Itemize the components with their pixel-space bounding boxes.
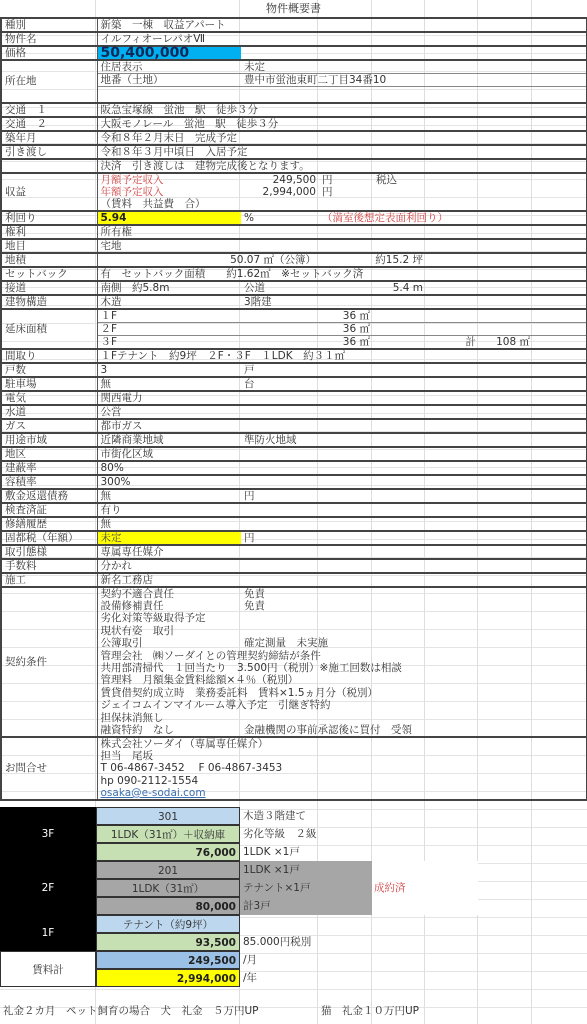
- label-parking: 駐車場: [1, 377, 97, 391]
- parking-unit: 台: [241, 377, 587, 391]
- value-district: 市街化区域: [97, 447, 587, 461]
- floor-1-area: 36 ㎡: [241, 309, 373, 323]
- value-land-area: 50.07 ㎡（公簿）: [97, 253, 319, 267]
- value-rights: 所有権: [97, 225, 587, 239]
- row-price: 価格 50,400,000: [1, 46, 587, 60]
- floor-2-label: ２F: [97, 322, 241, 335]
- contract-line-3: 劣化対策等級取得予定: [97, 612, 587, 624]
- label-contact: お問合せ: [1, 737, 97, 800]
- value-repair: 無: [97, 517, 587, 531]
- value-transport2: 大阪モノレール 蛍池 駅 徒歩３分: [97, 117, 587, 131]
- floor-1-note: 85.000円税別: [243, 933, 311, 951]
- floor-3-note-3: 1LDK ×1戸: [243, 843, 300, 861]
- floor-3-room: 301: [96, 807, 240, 825]
- value-bcr: 80%: [97, 461, 587, 475]
- label-far: 容積率: [1, 475, 97, 489]
- contract-line-4: 現状有姿 取引: [97, 625, 587, 637]
- income-note: （賃料 共益費 合）: [97, 198, 587, 211]
- annual-income-label: 年額予定収入: [97, 186, 241, 198]
- contact-company: 株式会社ソーダイ（専属専任媒介）: [97, 737, 587, 750]
- monthly-income-value: 249,500: [241, 173, 319, 186]
- value-tax: 未定: [97, 531, 241, 545]
- label-structure: 建物構造: [1, 295, 97, 309]
- value-far: 300%: [97, 475, 587, 489]
- label-price: 価格: [1, 46, 97, 60]
- label-handover: 引き渡し: [1, 145, 97, 159]
- label-income: 収益: [1, 173, 97, 211]
- contract-line-9: 賃貸借契約成立時 業務委託料 賃料×1.5ヵ月分（税別）: [97, 687, 587, 699]
- floor-area-total-value: 108 ㎡: [479, 335, 533, 349]
- value-price: 50,400,000: [97, 46, 241, 60]
- label-gas: ガス: [1, 419, 97, 433]
- label-transaction: 取引態様: [1, 545, 97, 559]
- floor-3-type: 1LDK（31㎡）＋収納庫: [96, 825, 240, 843]
- floor-2-status: 成約済: [374, 879, 406, 897]
- floor-area-total-label: 計: [373, 335, 479, 349]
- label-setback: セットバック: [1, 267, 97, 281]
- floor-2-room: 201: [96, 861, 240, 879]
- contract-line-2: 設備修補責任: [97, 600, 241, 612]
- floor-3-note-2: 劣化等級 ２級: [243, 825, 317, 843]
- deposit-unit: 円: [241, 489, 587, 503]
- contract-line-5: 公簿取引: [97, 637, 241, 649]
- contract-line-12: 融資特約 なし: [97, 724, 241, 737]
- label-builder: 施工: [1, 573, 97, 587]
- annual-income-unit: 円: [319, 186, 373, 198]
- value-builder: 新名工務店: [97, 573, 587, 587]
- row-location: 所在地 住居表示 未定: [1, 60, 587, 74]
- value-setback: 有 セットバック面積 約1.62㎡ ※セットバック済: [97, 267, 587, 281]
- row-name: 物件名 イルフィオーレパオⅦ: [1, 32, 587, 46]
- floor-2-label: 2F: [0, 861, 96, 915]
- row-type: 種別 新築 一棟 収益アパート: [1, 18, 587, 32]
- floor-1-rent: 93,500: [96, 933, 240, 951]
- value-fee: 分かれ: [97, 559, 587, 573]
- floor-3-rent: 76,000: [96, 843, 240, 861]
- floor-2-note-3: 計3戸: [243, 897, 271, 915]
- footer-note: 礼金２カ月 ペット飼育の場合 犬 礼金 ５万円UP 猫 礼金１０万円UP: [3, 1003, 259, 1018]
- label-repair: 修繕履歴: [1, 517, 97, 531]
- floor-1-room: テナント（約9坪）: [96, 915, 240, 933]
- yield-unit: %: [241, 211, 319, 225]
- annual-income-value: 2,994,000: [241, 186, 319, 198]
- rent-total-annual-unit: /年: [243, 969, 257, 987]
- label-deposit: 敷金返還債務: [1, 489, 97, 503]
- contract-line-1-value: 免責: [241, 587, 587, 600]
- value-yield: 5.94: [97, 211, 241, 225]
- handover-note: 決済 引き渡しは 建物完成後となります。: [97, 159, 587, 173]
- value-deposit: 無: [97, 489, 241, 503]
- zoning-fire: 準防火地域: [241, 433, 587, 447]
- footer-note-right: 猫 礼金１０万円UP: [321, 1003, 419, 1018]
- value-structure: 木造: [97, 295, 241, 309]
- label-road: 接道: [1, 281, 97, 295]
- floor-1-label: 1F: [0, 915, 96, 951]
- floor-2-note-2: テナント×1戸: [243, 879, 310, 897]
- label-inspection: 検査済証: [1, 503, 97, 517]
- contact-email-link[interactable]: osaka@e-sodai.com: [101, 787, 206, 799]
- label-rights: 権利: [1, 225, 97, 239]
- label-built: 築年月: [1, 131, 97, 145]
- floor-2-note-1: 1LDK ×1戸: [243, 861, 300, 879]
- value-land-category: 宅地: [97, 239, 587, 253]
- contract-line-7: 共用部清掃代 １回当たり 3.500円（税別）※施工回数は相談: [97, 662, 587, 674]
- structure-floors: 3階建: [241, 295, 587, 309]
- monthly-income-unit: 円: [319, 173, 373, 186]
- floor-3-note-1: 木造３階建て: [243, 807, 306, 825]
- contract-line-6: 管理会社 ㈱ソーダイとの管理契約締結が条件: [97, 649, 587, 661]
- value-units: 3: [97, 363, 241, 377]
- value-zoning: 近隣商業地域: [97, 433, 241, 447]
- property-summary-table: 種別 新築 一棟 収益アパート 物件名 イルフィオーレパオⅦ 価格 50,400…: [0, 17, 587, 801]
- value-type: 新築 一棟 収益アパート: [97, 18, 587, 32]
- floor-3-label: ３F: [97, 335, 241, 349]
- road-width: 5.4 m: [319, 281, 426, 295]
- contract-line-12-value: 金融機関の事前承認後に買付 受領: [241, 724, 587, 737]
- label-water: 水道: [1, 405, 97, 419]
- value-handover: 令和８年３月中頃日 入居予定: [97, 145, 587, 159]
- value-built: 令和８年２月末日 完成予定: [97, 131, 587, 145]
- label-layout: 間取り: [1, 349, 97, 363]
- floor-2-area: 36 ㎡: [241, 322, 373, 335]
- value-parking: 無: [97, 377, 241, 391]
- contact-mobile: hp 090-2112-1554: [97, 775, 587, 787]
- label-transport2: 交通 ２: [1, 117, 97, 131]
- value-layout: １Fテナント 約9坪 ２F・３F １LDK 約３１㎡: [97, 349, 587, 363]
- yield-note: （満室後想定表面利回り）: [319, 211, 587, 225]
- value-transaction: 専属専任媒介: [97, 545, 587, 559]
- label-land-category: 地目: [1, 239, 97, 253]
- label-electric: 電気: [1, 391, 97, 405]
- road-type: 公道: [241, 281, 319, 295]
- residence-value: 未定: [241, 60, 587, 74]
- label-transport1: 交通 １: [1, 103, 97, 117]
- rent-total-annual: 2,994,000: [96, 969, 240, 987]
- value-electric: 関西電力: [97, 391, 587, 405]
- label-contract: 契約条件: [1, 587, 97, 737]
- residence-label: 住居表示: [97, 60, 241, 74]
- floor-2-type: 1LDK（31㎡）: [96, 879, 240, 897]
- tax-unit: 円: [241, 531, 587, 545]
- label-district: 地区: [1, 447, 97, 461]
- value-water: 公営: [97, 405, 587, 419]
- rent-total-monthly-unit: /月: [243, 951, 257, 969]
- floor-2-rent: 80,000: [96, 897, 240, 915]
- floor-3-label: 3F: [0, 807, 96, 861]
- value-inspection: 有り: [97, 503, 587, 517]
- label-tax: 固都税（年額）: [1, 531, 97, 545]
- label-bcr: 建蔽率: [1, 461, 97, 475]
- label-location: 所在地: [1, 60, 97, 103]
- contact-tel: T 06-4867-3452 F 06-4867-3453: [97, 762, 587, 774]
- label-units: 戸数: [1, 363, 97, 377]
- label-yield: 利回り: [1, 211, 97, 225]
- floor-1-label: １F: [97, 309, 241, 323]
- units-unit: 戸: [241, 363, 587, 377]
- rent-total-monthly: 249,500: [96, 951, 240, 969]
- label-fee: 手数料: [1, 559, 97, 573]
- contract-line-2-value: 免責: [241, 600, 587, 612]
- rent-total-label: 賃料計: [0, 951, 96, 987]
- contract-line-1: 契約不適合責任: [97, 587, 241, 600]
- label-zoning: 用途市域: [1, 433, 97, 447]
- value-name: イルフィオーレパオⅦ: [97, 32, 587, 46]
- label-name: 物件名: [1, 32, 97, 46]
- value-land-tsubo: 約15.2 坪: [319, 253, 426, 267]
- contract-line-10: ジェイコムインマイルーム導入予定 引継ぎ特約: [97, 699, 587, 711]
- lot-label: 地番（土地）: [97, 74, 241, 87]
- lot-value: 豊中市蛍池東町二丁目34番10: [241, 74, 587, 87]
- footer-note-left: 礼金２カ月 ペット飼育の場合 犬 礼金 ５万円UP: [3, 1005, 259, 1017]
- value-gas: 都市ガス: [97, 419, 587, 433]
- contract-line-5-value: 確定測量 未実施: [241, 637, 587, 649]
- label-floor-area: 延床面積: [1, 309, 97, 349]
- contract-line-11: 担保抹消無し: [97, 711, 587, 723]
- label-land-area: 地積: [1, 253, 97, 267]
- contract-line-8: 管理料 月額集金賃料総額×４％（税別）: [97, 674, 587, 686]
- value-transport1: 阪急宝塚線 蛍池 駅 徒歩３分: [97, 103, 587, 117]
- contact-person: 担当 尾坂: [97, 750, 587, 762]
- document-title: 物件概要書: [0, 0, 587, 17]
- monthly-income-note: 税込: [373, 173, 426, 186]
- monthly-income-label: 月額予定収入: [97, 173, 241, 186]
- label-type: 種別: [1, 18, 97, 32]
- value-road: 南側 約5.8m: [97, 281, 241, 295]
- floor-3-area: 36 ㎡: [241, 335, 373, 349]
